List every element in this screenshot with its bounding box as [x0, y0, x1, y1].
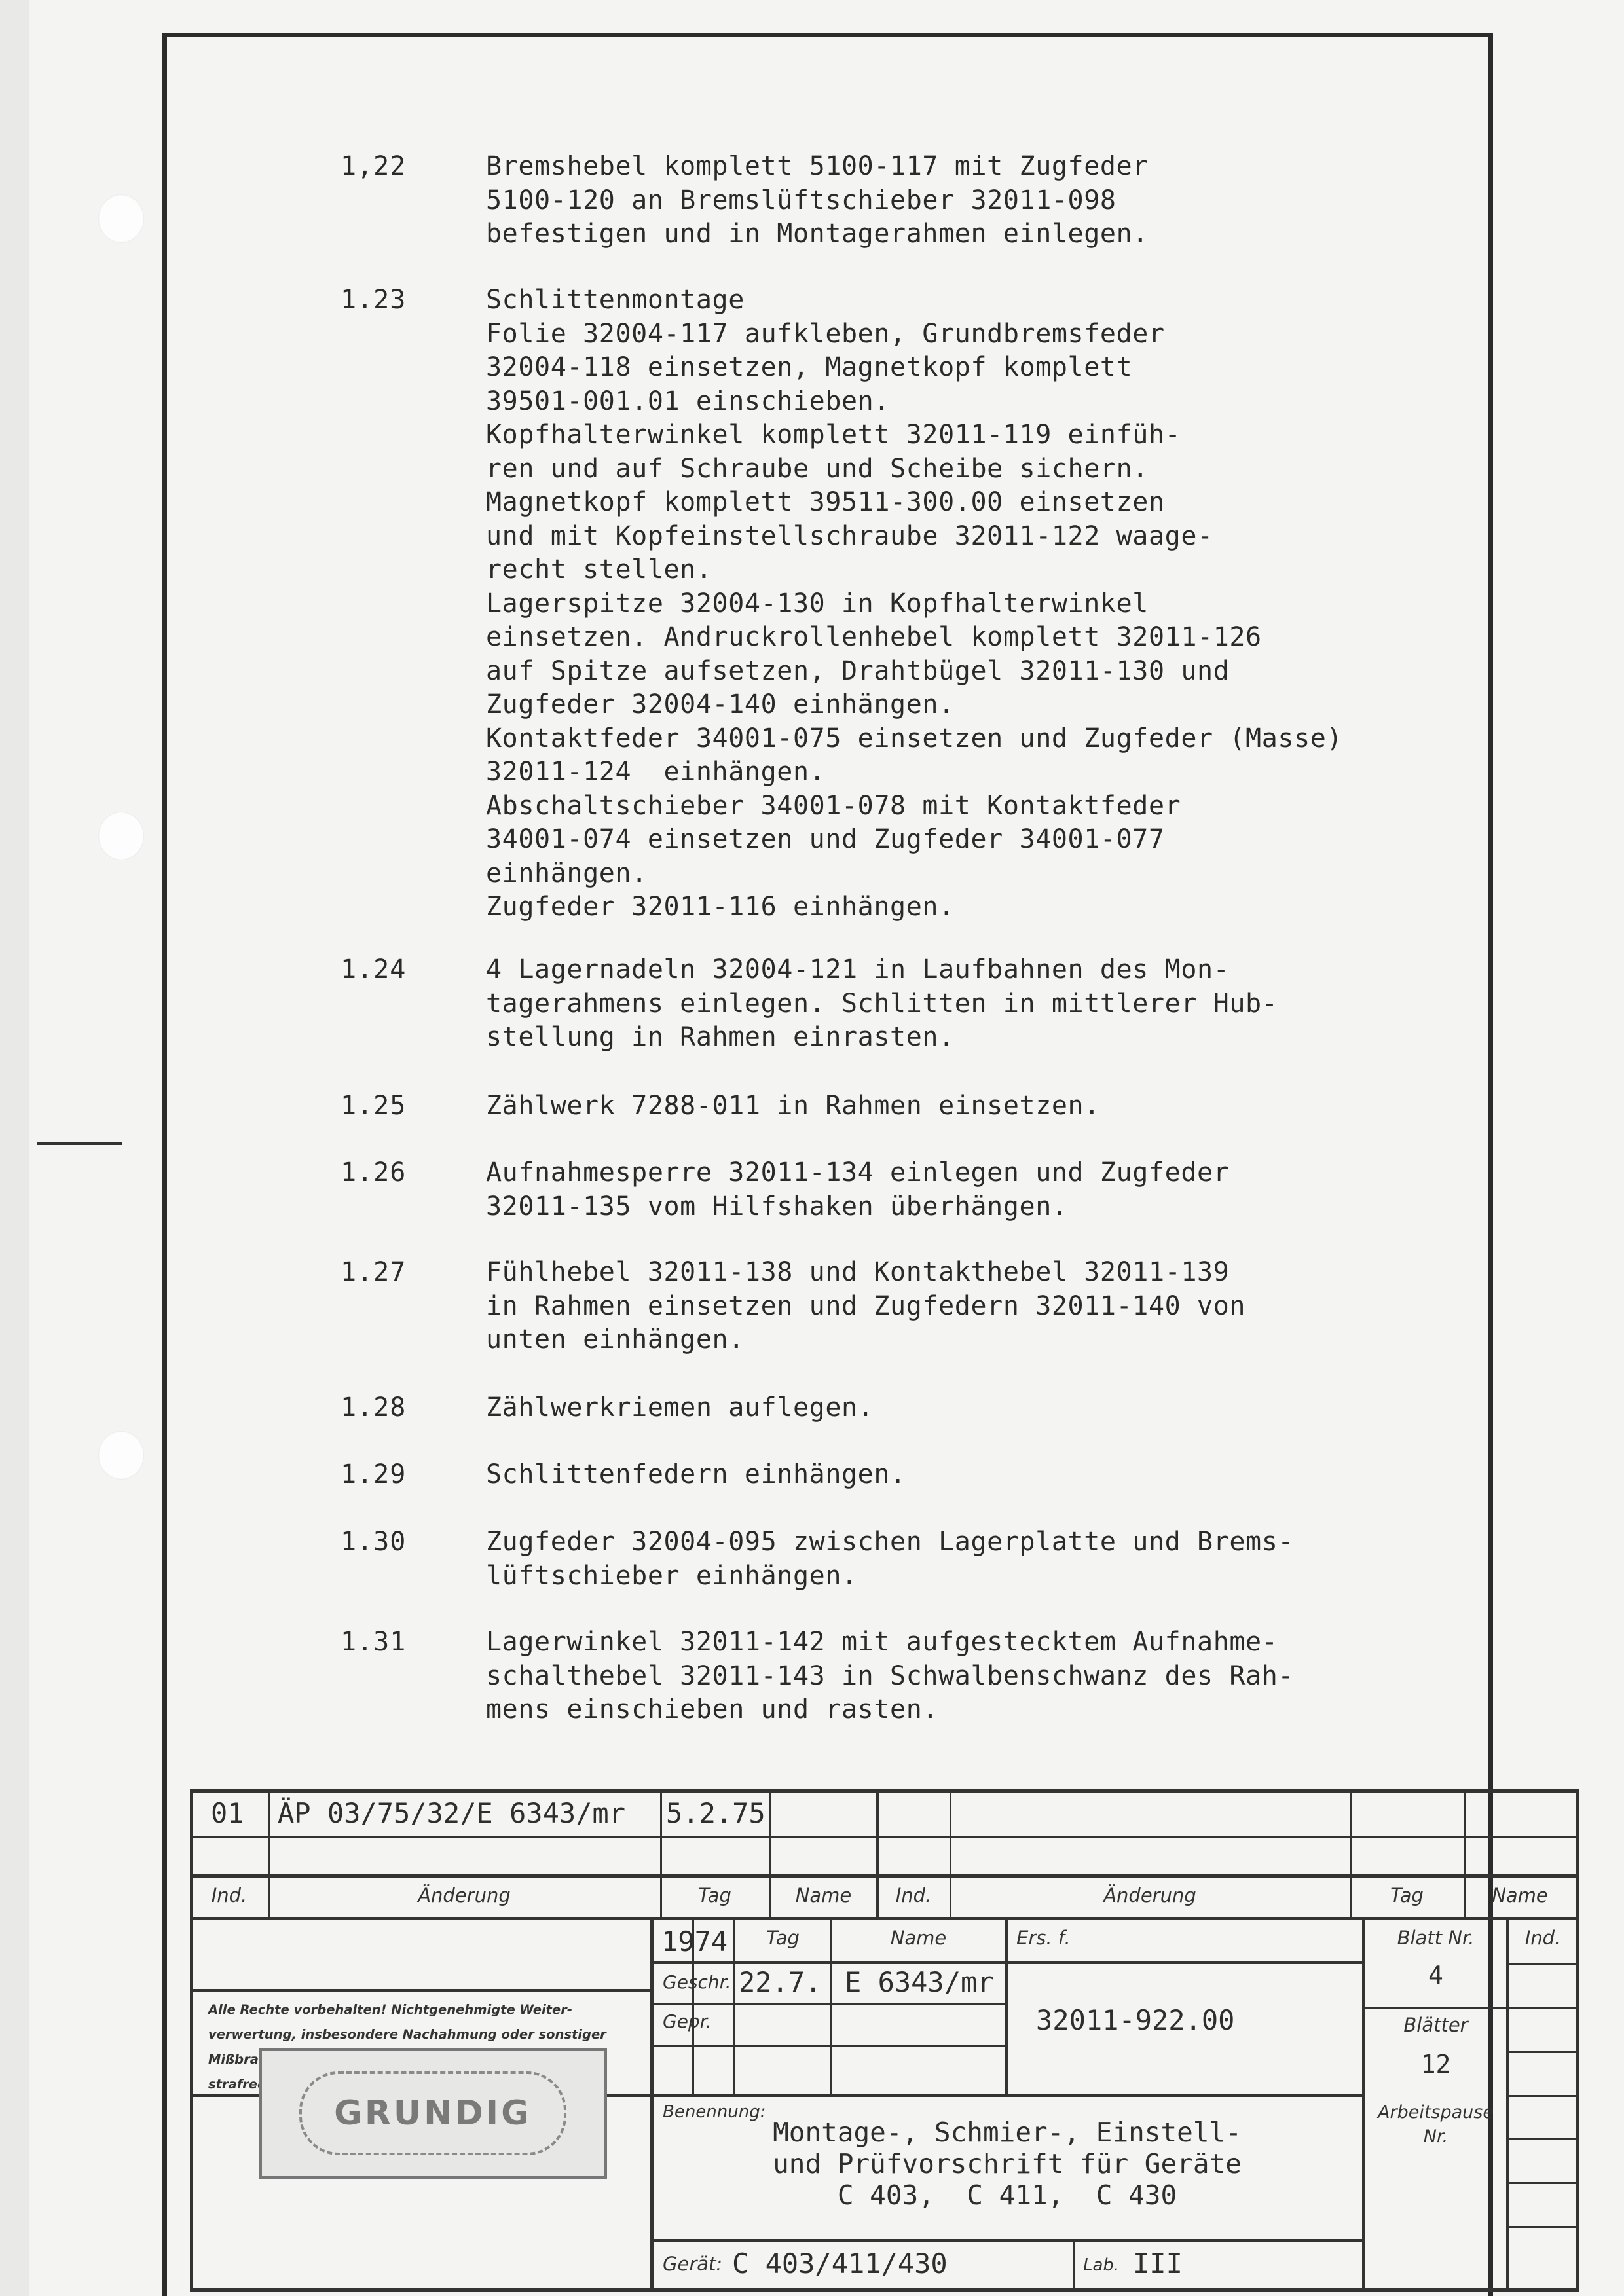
rule: [190, 1917, 1579, 1920]
rule: [190, 1789, 1579, 1793]
item-number: 1.24: [341, 953, 406, 987]
rule: [1005, 1919, 1008, 2096]
year: 1974: [661, 1925, 728, 1958]
rule: [190, 2288, 1579, 2292]
col-tag: Tag: [735, 1927, 830, 1949]
item-text: Schlittenmontage Folie 32004-117 aufkleb…: [486, 283, 1342, 924]
item-text: Zählwerk 7288-011 in Rahmen einsetzen.: [486, 1089, 1100, 1123]
rule: [1509, 2182, 1576, 2184]
item-number: 1.30: [341, 1525, 406, 1559]
revision-date: 5.2.75: [666, 1797, 766, 1829]
geschr-label: Geschr.: [663, 1971, 731, 1993]
punch-hole-middle: [98, 812, 144, 860]
rule: [190, 1836, 1579, 1838]
lab-value: III: [1133, 2248, 1183, 2280]
ers-f-label: Ers. f.: [1016, 1927, 1071, 1949]
item-text: Bremshebel komplett 5100-117 mit Zugfede…: [486, 150, 1149, 251]
item-number: 1.25: [341, 1089, 406, 1123]
item-text: 4 Lagernadeln 32004-121 in Laufbahnen de…: [486, 953, 1278, 1055]
rule: [1509, 2007, 1576, 2009]
rule: [652, 2239, 1365, 2242]
header-name: Name: [769, 1884, 877, 1906]
rule: [190, 1789, 193, 2292]
item-number: 1.28: [341, 1391, 406, 1425]
rule: [1509, 2095, 1576, 2097]
header-ind-right: Ind.: [877, 1884, 950, 1906]
header-aenderung: Änderung: [268, 1884, 660, 1906]
item-text: Zählwerkriemen auflegen.: [486, 1391, 874, 1425]
item-text: Aufnahmesperre 32011-134 einlegen und Zu…: [486, 1156, 1229, 1224]
title-block: 01 ÄP 03/75/32/E 6343/mr 5.2.75 Ind. Änd…: [190, 1789, 1579, 2290]
rule: [1362, 2007, 1509, 2009]
header-tag-right: Tag: [1350, 1884, 1464, 1906]
rule: [1506, 1919, 1509, 2291]
punch-hole-top: [98, 194, 144, 243]
header-ind: Ind.: [190, 1884, 268, 1906]
geschr-name: E 6343/mr: [845, 1966, 994, 1998]
item-number: 1.27: [341, 1256, 406, 1289]
gepr-label: Gepr.: [663, 2011, 712, 2032]
rule: [652, 2045, 1005, 2047]
rule: [652, 1961, 1365, 1964]
rule: [1509, 2051, 1576, 2053]
rule: [650, 1919, 654, 2291]
item-text: Zugfeder 32004-095 zwischen Lagerplatte …: [486, 1525, 1294, 1593]
blaetter-label: Blätter: [1365, 2014, 1506, 2036]
item-number: 1.29: [341, 1458, 406, 1491]
blatt-nr: 4: [1365, 1961, 1506, 1990]
item-text: Fühlhebel 32011-138 und Kontakthebel 320…: [486, 1256, 1246, 1357]
col-name: Name: [832, 1927, 1005, 1949]
geraet-label: Gerät:: [663, 2253, 722, 2275]
arbeitspause-nr-label: Nr.: [1365, 2126, 1506, 2147]
item-number: 1.31: [341, 1626, 406, 1659]
ind-label: Ind.: [1509, 1927, 1576, 1949]
drawing-number: 32011-922.00: [1036, 2004, 1234, 2036]
lab-label: Lab.: [1083, 2255, 1119, 2275]
geraet-value: C 403/411/430: [732, 2248, 948, 2280]
arbeitspause-label: Arbeitspause: [1365, 2102, 1506, 2123]
rule: [1509, 2226, 1576, 2228]
rule: [190, 1874, 1579, 1878]
document-title: Montage-, Schmier-, Einstell- und Prüfvo…: [654, 2117, 1361, 2211]
header-name-right: Name: [1464, 1884, 1576, 1906]
item-number: 1.23: [341, 283, 406, 317]
revision-index: 01: [211, 1797, 244, 1829]
blatt-nr-label: Blatt Nr.: [1365, 1927, 1506, 1949]
header-tag: Tag: [660, 1884, 769, 1906]
rule: [652, 2003, 1005, 2005]
item-number: 1.26: [341, 1156, 406, 1190]
header-aenderung-right: Änderung: [950, 1884, 1350, 1906]
grundig-logo: GRUNDIG: [259, 2048, 607, 2179]
blaetter-count: 12: [1365, 2050, 1506, 2079]
geschr-date: 22.7.: [739, 1966, 821, 1998]
rule: [1509, 1963, 1576, 1965]
revision-change: ÄP 03/75/32/E 6343/mr: [278, 1797, 625, 1829]
logo-wordmark: GRUNDIG: [299, 2071, 566, 2155]
rule: [1576, 1789, 1579, 2292]
punch-hole-bottom: [98, 1431, 144, 1480]
rule: [190, 1989, 652, 1992]
fold-mark: [37, 1142, 122, 1145]
item-number: 1,22: [341, 150, 406, 183]
item-text: Schlittenfedern einhängen.: [486, 1458, 906, 1492]
paper-edge: [0, 0, 29, 2296]
rule: [1073, 2241, 1075, 2290]
item-text: Lagerwinkel 32011-142 mit aufgestecktem …: [486, 1626, 1294, 1727]
rule: [1509, 2138, 1576, 2140]
